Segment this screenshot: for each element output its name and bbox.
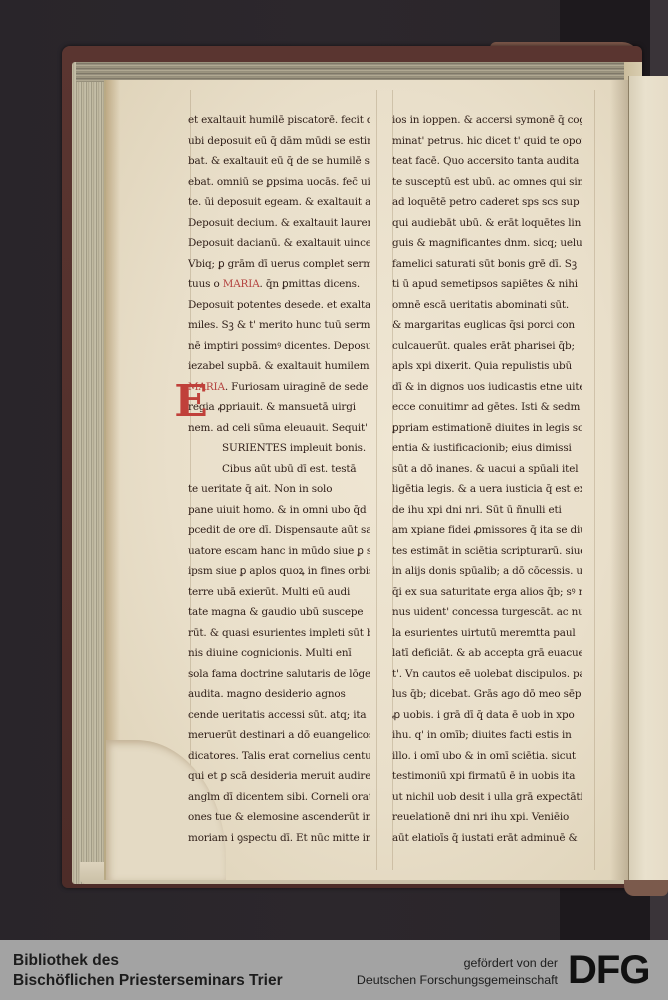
manuscript-line: pcedit de ore dī. Dispensaute aūt sal <box>188 520 370 541</box>
manuscript-line: te. ūi deposuit egeam. & exaltauit andre… <box>188 192 370 213</box>
funding-credit: gefördert von der Deutschen Forschungsge… <box>357 955 558 989</box>
manuscript-line: ubi deposuit eū q̄ dām mūdi se estima <box>188 131 370 152</box>
library-name-line2: Bischöflichen Priesterseminars Trier <box>13 971 283 991</box>
manuscript-line: qui audiebāt ubū. & erāt loquētes lin <box>392 213 582 234</box>
manuscript-line: Cibus aūt ubū dī est. testā <box>188 459 370 480</box>
manuscript-line: ecce conuitimr ad gētes. Isti & sedm <box>392 397 582 418</box>
manuscript-line: nus uident' concessa turgescāt. ac nul <box>392 602 582 623</box>
decorated-initial: E <box>174 378 208 426</box>
manuscript-line: uatore escam hanc in mūdo siue ꝑ se <box>188 541 370 562</box>
manuscript-line: dicatores. Talis erat cornelius centurio… <box>188 746 370 767</box>
text-column-left: et exaltauit humilē piscatorē. fecit deu… <box>188 110 370 848</box>
manuscript-line: dī & in dignos uos iudicastis etne uite. <box>392 377 582 398</box>
manuscript-line: sola fama doctrine salutaris de lōge <box>188 664 370 685</box>
text-column-right: ios in ioppen. & accersi symonē q̄ cogno… <box>392 110 582 848</box>
manuscript-line: et exaltauit humilē piscatorē. fecit deu… <box>188 110 370 131</box>
gutter-shadow <box>610 80 628 880</box>
manuscript-line: guis & magnificantes dnm. sicq; uelut <box>392 233 582 254</box>
manuscript-line: ꝓ uobis. i grā dī q̄ data ē uob in xpo <box>392 705 582 726</box>
ruling-line <box>594 90 595 870</box>
manuscript-line: lus q̄b; dicebat. Grās ago dō meo sēp <box>392 684 582 705</box>
ruling-line <box>376 90 377 870</box>
manuscript-line: ihu. q' in omīb; diuites facti estis in <box>392 725 582 746</box>
manuscript-line: Vbiq; ꝑ grām dī uerus complet sermo <box>188 254 370 275</box>
manuscript-line: q̄i ex sua saturitate erga alios q̄b; sꝰ… <box>392 582 582 603</box>
manuscript-line: la esurientes uirtutū meremtta paul <box>392 623 582 644</box>
manuscript-line: ebat. omniū se ꝑpsima uocās. fec̄ uirtu <box>188 172 370 193</box>
manuscript-line: de ihu xpi dni nri. Sūt ū ñnulli eti <box>392 500 582 521</box>
manuscript-line: ligētia legis. & a uera iusticia q̄ est … <box>392 479 582 500</box>
manuscript-line: terre ubā exierūt. Multi eū audi <box>188 582 370 603</box>
manuscript-line: apls xpi dixerit. Quia repulistis ubū <box>392 356 582 377</box>
manuscript-line: nē imptiri possimꝰ dicentes. Deposuit <box>188 336 370 357</box>
manuscript-line: Deposuit potentes desede. et exaltauit h… <box>188 295 370 316</box>
manuscript-line: te ueritate q̄ ait. Non in solo <box>188 479 370 500</box>
manuscript-line: cende ueritatis accessi sūt. atq; ita <box>188 705 370 726</box>
manuscript-line: testimoniū xpi firmatū ē in uobis ita <box>392 766 582 787</box>
manuscript-line: famelici saturati sūt bonis grē dī. Sꝫ <box>392 254 582 275</box>
library-name-line1: Bibliothek des <box>13 951 283 971</box>
facing-page-binding <box>624 880 668 896</box>
footer-bar: Bibliothek des Bischöflichen Priestersem… <box>0 940 668 1000</box>
manuscript-line: Deposuit decium. & exaltauit laurentiū. <box>188 213 370 234</box>
manuscript-line: regia ꝓpriauit. & mansuetā uirgi <box>188 397 370 418</box>
manuscript-line: meruerūt destinari a dō euangelicos ꝑ <box>188 725 370 746</box>
rubric-word: MARIA <box>223 278 260 290</box>
funding-line1: gefördert von der <box>357 955 558 972</box>
manuscript-line: pane uiuit homo. & in omni ubo q̄d <box>188 500 370 521</box>
manuscript-line: minat' petrus. hic dicet t' quid te opor <box>392 131 582 152</box>
manuscript-line: anglm dī dicentem sibi. Corneli orati <box>188 787 370 808</box>
library-credit: Bibliothek des Bischöflichen Priestersem… <box>13 951 283 991</box>
manuscript-line: ꝑpriam estimationē diuites in legis sci <box>392 418 582 439</box>
image-viewport: et exaltauit humilē piscatorē. fecit deu… <box>0 0 668 940</box>
manuscript-line: ipsm siue ꝑ aplos quoꝝ in fines orbis <box>188 561 370 582</box>
manuscript-line: aūt elatioīs q̄ iustati erāt adminuē & <box>392 828 582 849</box>
funding-line2: Deutschen Forschungsgemeinschaft <box>357 972 558 989</box>
manuscript-line: bat. & exaltauit eū q̄ de se humilē senc… <box>188 151 370 172</box>
manuscript-line: reuelationē dni nri ihu xpi. Veniēio <box>392 807 582 828</box>
dfg-logo: DFG <box>568 950 664 990</box>
manuscript-line: culcauerūt. quales erāt pharisei q̄b; <box>392 336 582 357</box>
manuscript-line: ad loquētē petro caderet sps scs sup omī… <box>392 192 582 213</box>
facing-page <box>628 76 668 888</box>
manuscript-line: sūt a dō inanes. & uacui a spūali itel <box>392 459 582 480</box>
manuscript-line: rūt. & quasi esurientes impleti sūt bo <box>188 623 370 644</box>
manuscript-line: SURIENTES impleuit bonis. <box>188 438 370 459</box>
manuscript-line: iezabel supbā. & exaltauit humilem <box>188 356 370 377</box>
manuscript-line: audita. magno desiderio agnos <box>188 684 370 705</box>
manuscript-line: tate magna & gaudio ubū suscepe <box>188 602 370 623</box>
manuscript-line: t'. Vn cautos eē uolebat discipulos. pau <box>392 664 582 685</box>
manuscript-line: am xpiane fidei ꝓmissores q̄ ita se diui <box>392 520 582 541</box>
manuscript-line: nis diuine cognicionis. Multi enī <box>188 643 370 664</box>
manuscript-line: moriam i ꝯspectu dī. Et nūc mitte in <box>188 828 370 849</box>
manuscript-line: tes estimāt in sciētia scripturarū. siue <box>392 541 582 562</box>
manuscript-line: latī deficiāt. & ab accepta grā euacue <box>392 643 582 664</box>
manuscript-line: qui et ꝑ scā desideria meruit audire <box>188 766 370 787</box>
manuscript-line: ones tue & elemosine ascenderūt in me <box>188 807 370 828</box>
manuscript-line: illo. i omī ubo & in omī sciētia. sicut <box>392 746 582 767</box>
manuscript-line: ut nichil uob desit i ulla grā expectāti… <box>392 787 582 808</box>
manuscript-line: & margaritas euglicas q̄si porci con <box>392 315 582 336</box>
manuscript-line: MARIA. Furiosam uiraginē de sede <box>188 377 370 398</box>
manuscript-line: entia & iustificacionib; eius dimissi <box>392 438 582 459</box>
manuscript-line: teat facē. Quo accersito tanta audita <box>392 151 582 172</box>
manuscript-line: ti ū apud semetipsos sapiētes & nihi <box>392 274 582 295</box>
manuscript-line: miles. Sꝫ & t' merito hunc tuū sermo <box>188 315 370 336</box>
manuscript-line: omnē escā ueritatis abominati sūt. <box>392 295 582 316</box>
manuscript-line: nem. ad celi sūma eleuauit. Sequit' <box>188 418 370 439</box>
manuscript-line: in alijs donis spūalib; a dō cōcessis. u… <box>392 561 582 582</box>
manuscript-line: tuus o MARIA. q̄n ꝑmittas dicens. <box>188 274 370 295</box>
manuscript-line: ios in ioppen. & accersi symonē q̄ cogno <box>392 110 582 131</box>
manuscript-line: te susceptū est ubū. ac omnes qui simul <box>392 172 582 193</box>
page-edges-top <box>76 62 632 82</box>
manuscript-line: Deposuit dacianū. & exaltauit uincentiū. <box>188 233 370 254</box>
